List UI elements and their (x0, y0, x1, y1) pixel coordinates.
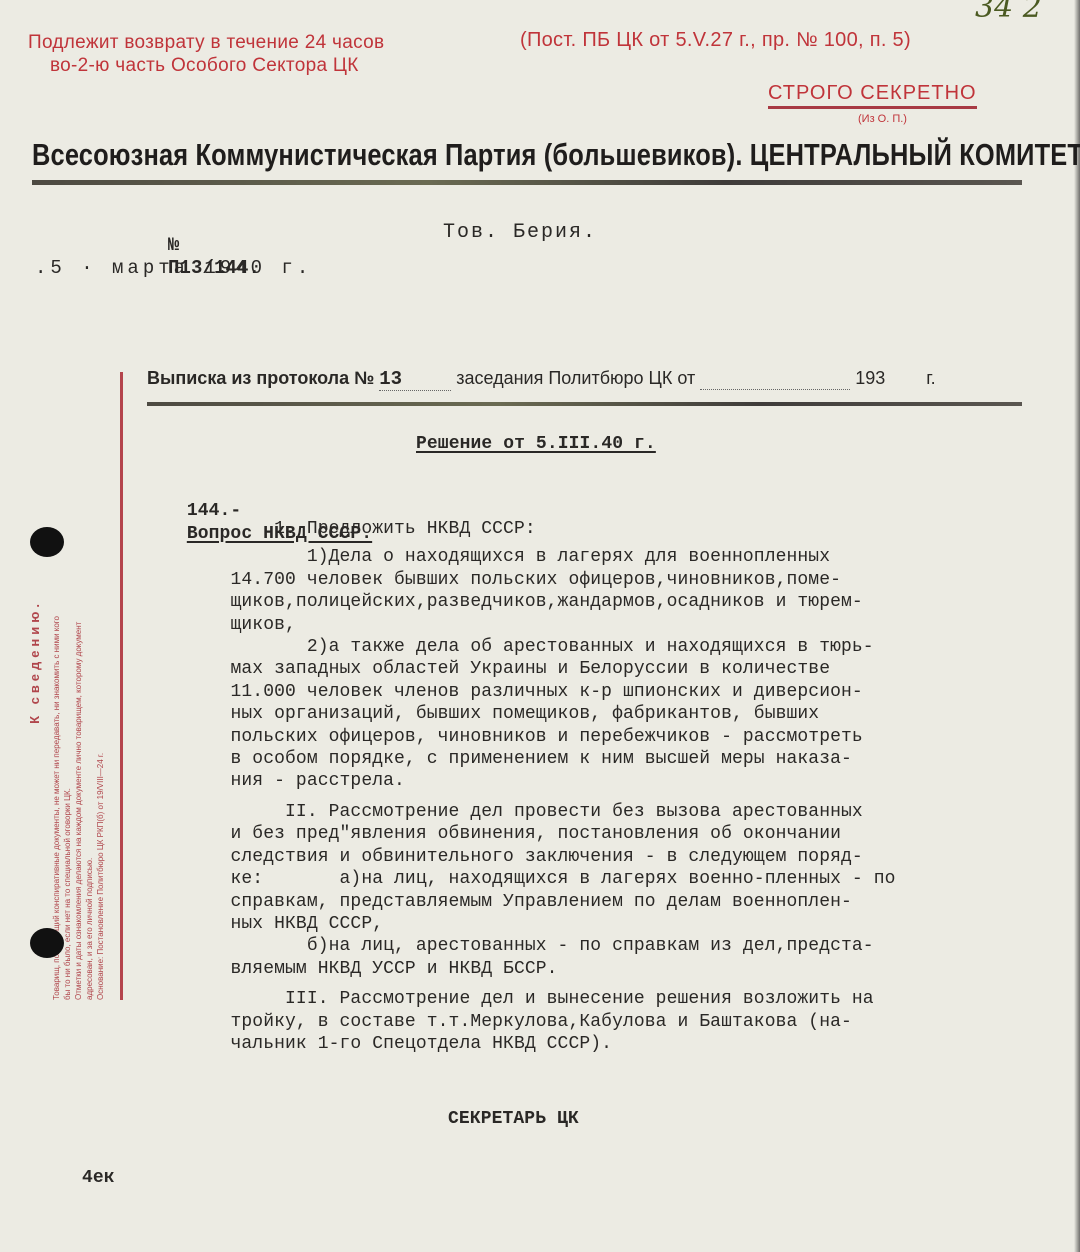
decision-line: вляемым НКВД УССР и НКВД БССР. (176, 958, 1077, 980)
letterhead-title: Всесоюзная Коммунистическая Партия (боль… (32, 137, 1080, 173)
recipient: Тов. Берия. (443, 222, 597, 244)
extract-prefix: Выписка из протокола № (147, 368, 374, 388)
classification-subtitle: (Из О. П.) (858, 113, 907, 125)
margin-notice-line: адресован, и за его личной подписью. (85, 372, 95, 1000)
decision-line: ке: а)на лиц, находящихся в лагерях воен… (176, 868, 1077, 890)
decision-line: II. Рассмотрение дел провести без вызова… (176, 801, 1077, 823)
decision-line: б)на лиц, арестованных - по справкам из … (176, 935, 1077, 957)
decision-line: чальник 1-го Спецотдела НКВД СССР). (176, 1033, 1077, 1055)
decision-line: польских офицеров, чиновников и перебежч… (176, 726, 1077, 748)
decision-line: 1)Дела о находящихся в лагерях для военн… (176, 546, 1077, 568)
footer-code: 4ек (82, 1167, 115, 1189)
decision-line: 2)а также дела об арестованных и находящ… (176, 636, 1077, 658)
letterhead-rule (32, 180, 1022, 185)
protocol-number: 13 (379, 368, 451, 391)
decision-line: тройку, в составе т.т.Меркулова,Кабулова… (176, 1011, 1077, 1033)
decision-line: мах западных областей Украины и Белорусс… (176, 658, 1077, 680)
number-label: № (168, 234, 180, 256)
extract-rule (147, 402, 1022, 406)
margin-notice: Основание: Постановление Политбюро ЦК РК… (52, 372, 106, 1000)
decision-line: 14.700 человек бывших польских офицеров,… (176, 569, 1077, 591)
protocol-extract: Выписка из протокола № 13 заседания Поли… (147, 368, 936, 391)
return-notice-line2: во-2-ю часть Особого Сектора ЦК (50, 54, 359, 77)
decision-line: ных организаций, бывших помещиков, фабри… (176, 703, 1077, 725)
decision-line: щиков, (176, 614, 1077, 636)
margin-notice-line: Основание: Постановление Политбюро ЦК РК… (96, 372, 106, 1000)
decision-line: и без пред"явления обвинения, постановле… (176, 823, 1077, 845)
decision-line: 11.000 человек членов различных к-р шпио… (176, 681, 1077, 703)
page-edge-shadow (1074, 0, 1080, 1252)
decision-line: справкам, представляемым Управлением по … (176, 891, 1077, 913)
signature-title: СЕКРЕТАРЬ ЦК (448, 1108, 579, 1130)
handwritten-mark: 34 2 (975, 0, 1042, 25)
punch-hole (30, 928, 64, 958)
extract-year: 193 (855, 368, 885, 388)
margin-notice-line: бы то ни было, если нет на то специально… (63, 372, 73, 1000)
decision-body: 1. Предложить НКВД СССР: 1)Дела о находя… (232, 518, 1077, 1055)
decision-line: следствия и обвинительного заключения - … (176, 846, 1077, 868)
extract-middle: заседания Политбюро ЦК от (456, 368, 695, 388)
extract-suffix: г. (926, 368, 935, 388)
margin-notice-heading: К сведению. (27, 600, 42, 724)
margin-red-line (120, 372, 123, 1000)
decision-title: Решение от 5.III.40 г. (416, 433, 656, 455)
margin-notice-line: Товарищ, получающий конспиративные докум… (52, 372, 62, 1000)
decision-line: в особом порядке, с применением к ним вы… (176, 748, 1077, 770)
document-date: .5 · марта 1940 г. (35, 257, 312, 279)
return-notice-line1: Подлежит возврату в течение 24 часов (28, 31, 384, 54)
extract-date-blank (700, 368, 850, 390)
decision-line: ных НКВД СССР, (176, 913, 1077, 935)
margin-notice-line: Отметки и даты ознакомления делаются на … (74, 372, 84, 1000)
classification-stamp: СТРОГО СЕКРЕТНО (768, 82, 977, 109)
resolution-reference: (Пост. ПБ ЦК от 5.V.27 г., пр. № 100, п.… (520, 29, 911, 52)
decision-line: 1. Предложить НКВД СССР: (176, 518, 1077, 540)
decision-line: ния - расстрела. (176, 770, 1077, 792)
decision-line: III. Рассмотрение дел и вынесение решени… (176, 988, 1077, 1010)
decision-line: щиков,полицейских,разведчиков,жандармов,… (176, 591, 1077, 613)
punch-hole (30, 527, 64, 557)
